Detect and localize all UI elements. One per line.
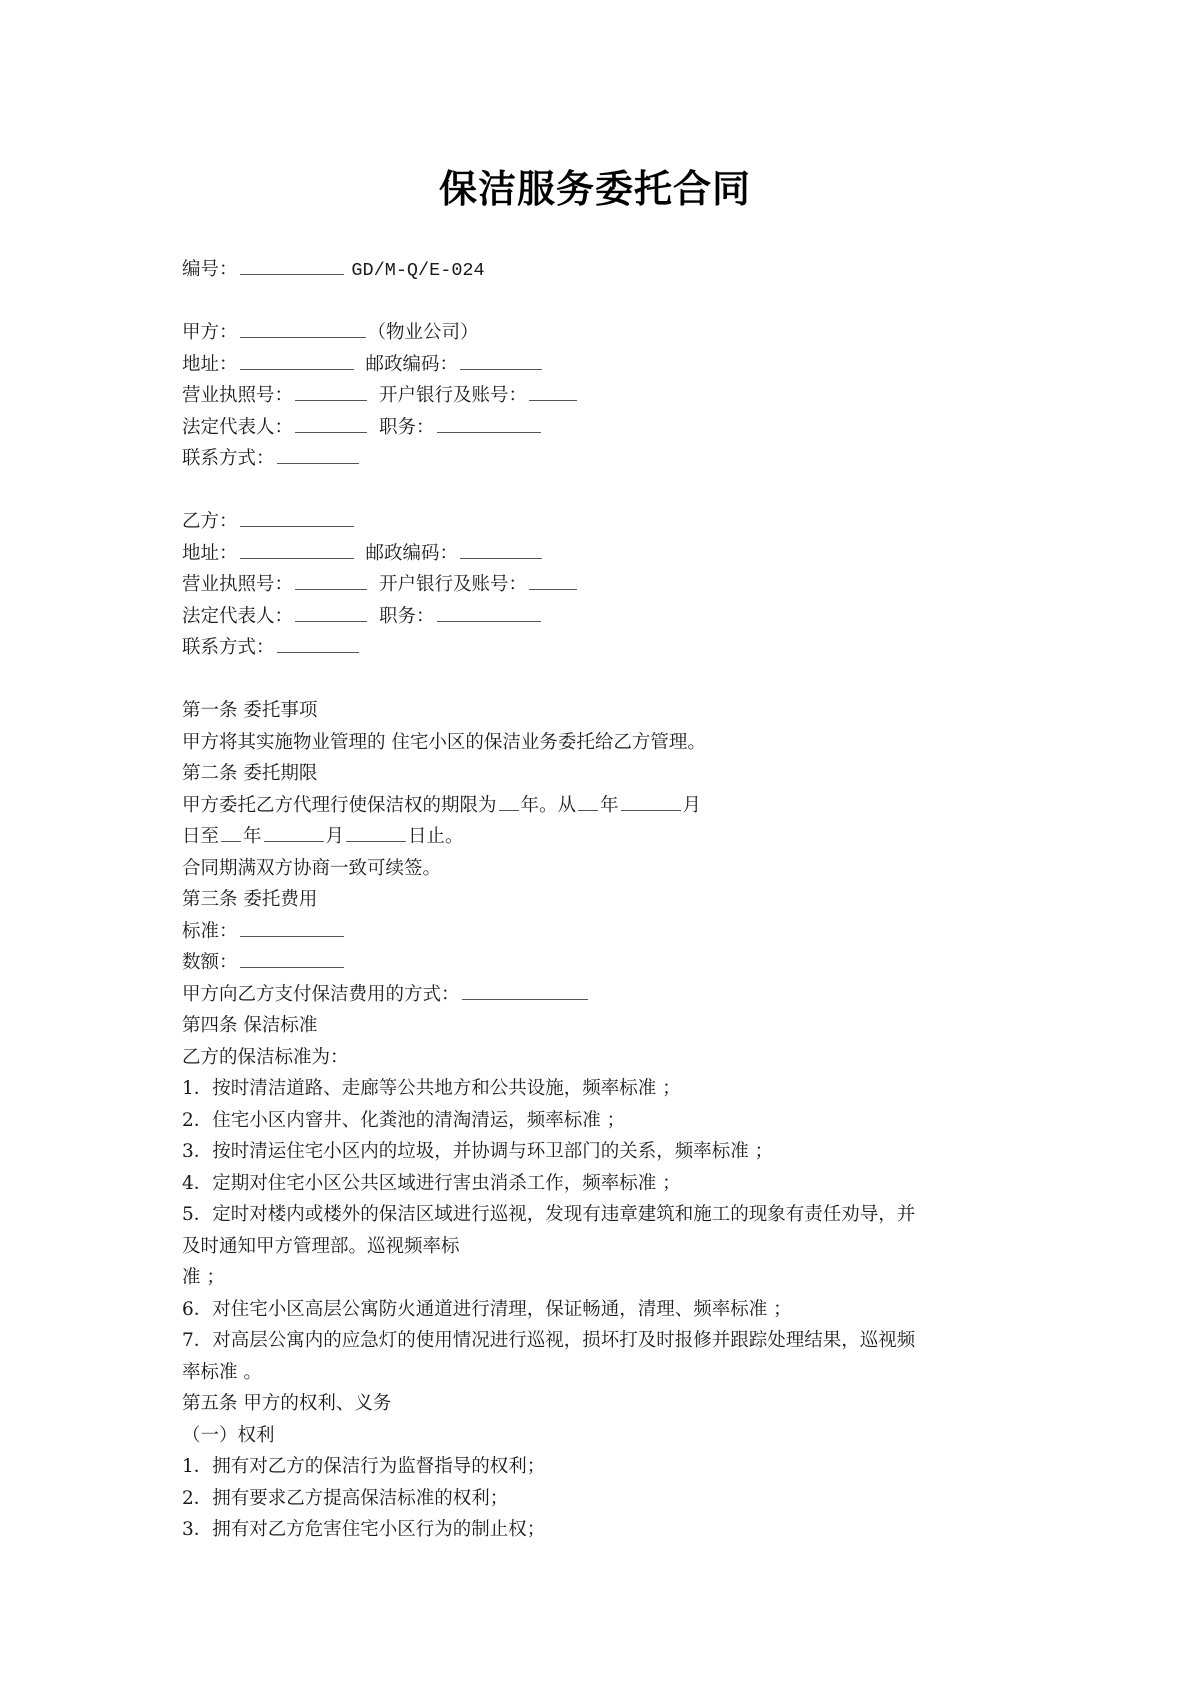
article-2-heading: 第二条 委托期限 [182,758,1022,790]
article-2-term-line-1: 甲方委托乙方代理行使保洁权的期限为年。从年月 [182,790,1022,822]
legal-rep-label: 法定代表人： [182,606,293,627]
address-label: 地址： [182,354,238,375]
contract-number-line: 编号： GD/M-Q/E-024 [182,254,1022,286]
document-title: 保洁服务委托合同 [0,163,1190,215]
article-4-item: 5．定时对楼内或楼外的保洁区域进行巡视，发现有违章建筑和施工的现象有责任劝导，并 [182,1199,1022,1231]
article-3-amount-line: 数额： [182,947,1022,979]
standard-blank [240,916,344,937]
party-b-label: 乙方： [182,511,238,532]
position-blank [437,601,541,622]
term-text: 年 [600,795,619,816]
party-b-line: 乙方： [182,506,1022,538]
address-label: 地址： [182,543,238,564]
article-2-renewal: 合同期满双方协商一致可续签。 [182,853,1022,885]
article-5-item: 3．拥有对乙方危害住宅小区行为的制止权； [182,1514,1022,1546]
party-b-name-blank [240,506,354,527]
article-5-item: 1．拥有对乙方的保洁行为监督指导的权利； [182,1451,1022,1483]
article-3-heading: 第三条 委托费用 [182,884,1022,916]
article-4-item: 7．对高层公寓内的应急灯的使用情况进行巡视，损坏打及时报修并跟踪处理结果，巡视频 [182,1325,1022,1357]
article-5-subheading: （一）权利 [182,1420,1022,1452]
payment-label: 甲方向乙方支付保洁费用的方式： [182,984,460,1005]
contact-label: 联系方式： [182,448,275,469]
party-b-address-line: 地址：邮政编码： [182,538,1022,570]
article-2-term-line-2: 日至年月日止。 [182,821,1022,853]
article-4-item: 6．对住宅小区高层公寓防火通道进行清理，保证畅通，清理、频率标准 ； [182,1294,1022,1326]
legal-rep-blank [295,601,367,622]
party-a-line: 甲方：（物业公司） [182,317,1022,349]
number-value: GD/M-Q/E-024 [351,260,484,281]
payment-blank [462,979,588,1000]
party-a-license-line: 营业执照号：开户银行及账号： [182,380,1022,412]
article-4-item: 3．按时清运住宅小区内的垃圾，并协调与环卫部门的关系，频率标准 ； [182,1136,1022,1168]
spacer [182,664,1022,696]
contact-blank [277,632,359,653]
document-page: 保洁服务委托合同 编号： GD/M-Q/E-024 甲方：（物业公司） 地址：邮… [0,0,1190,1683]
amount-label: 数额： [182,952,238,973]
start-month-blank [621,790,681,811]
contact-blank [277,443,359,464]
start-year-blank [578,790,598,811]
address-blank [240,538,354,559]
party-b-contact-line: 联系方式： [182,632,1022,664]
position-label: 职务： [379,417,435,438]
years-blank [499,790,519,811]
term-text: 年。从 [521,795,577,816]
standard-label: 标准： [182,921,238,942]
term-text: 日止。 [408,826,464,847]
article-4-item-continued: 及时通知甲方管理部。巡视频率标 [182,1231,1022,1263]
party-a-suffix: （物业公司） [368,322,479,343]
article-4-item: 4．定期对住宅小区公共区域进行害虫消杀工作，频率标准 ； [182,1168,1022,1200]
spacer [182,475,1022,507]
article-3-standard-line: 标准： [182,916,1022,948]
postcode-blank [460,538,542,559]
article-4-intro: 乙方的保洁标准为： [182,1042,1022,1074]
term-text: 甲方委托乙方代理行使保洁权的期限为 [182,795,497,816]
article-4-item-continued: 准 ； [182,1262,1022,1294]
position-label: 职务： [379,606,435,627]
end-month-blank [264,821,324,842]
article-5-heading: 第五条 甲方的权利、义务 [182,1388,1022,1420]
term-text: 月 [326,826,345,847]
article-4-item: 1．按时清洁道路、走廊等公共地方和公共设施，频率标准 ； [182,1073,1022,1105]
bank-label: 开户银行及账号： [379,385,527,406]
spacer [182,286,1022,318]
article-4-heading: 第四条 保洁标准 [182,1010,1022,1042]
party-a-label: 甲方： [182,322,238,343]
postcode-label: 邮政编码： [366,543,459,564]
legal-rep-label: 法定代表人： [182,417,293,438]
article-5-item: 2．拥有要求乙方提高保洁标准的权利； [182,1483,1022,1515]
term-text: 月 [683,795,702,816]
bank-blank [529,569,577,590]
legal-rep-blank [295,412,367,433]
license-label: 营业执照号： [182,574,293,595]
amount-blank [240,947,344,968]
bank-blank [529,380,577,401]
contact-label: 联系方式： [182,637,275,658]
bank-label: 开户银行及账号： [379,574,527,595]
party-b-license-line: 营业执照号：开户银行及账号： [182,569,1022,601]
party-b-legal-rep-line: 法定代表人：职务： [182,601,1022,633]
article-1-text: 甲方将其实施物业管理的 住宅小区的保洁业务委托给乙方管理。 [182,727,1022,759]
number-label: 编号： [182,259,238,280]
position-blank [437,412,541,433]
license-label: 营业执照号： [182,385,293,406]
article-3-payment-line: 甲方向乙方支付保洁费用的方式： [182,979,1022,1011]
article-1-heading: 第一条 委托事项 [182,695,1022,727]
license-blank [295,380,367,401]
number-blank [240,254,344,275]
party-a-name-blank [240,317,366,338]
term-text: 日至 [182,826,219,847]
address-blank [240,349,354,370]
end-year-blank [221,821,241,842]
term-text: 年 [243,826,262,847]
postcode-label: 邮政编码： [366,354,459,375]
document-body: 编号： GD/M-Q/E-024 甲方：（物业公司） 地址：邮政编码： 营业执照… [182,254,1022,1546]
postcode-blank [460,349,542,370]
party-a-contact-line: 联系方式： [182,443,1022,475]
license-blank [295,569,367,590]
party-a-legal-rep-line: 法定代表人：职务： [182,412,1022,444]
article-4-item: 2．住宅小区内窨井、化粪池的清淘清运，频率标准 ； [182,1105,1022,1137]
article-4-item-continued: 率标准 。 [182,1357,1022,1389]
end-day-blank [346,821,406,842]
party-a-address-line: 地址：邮政编码： [182,349,1022,381]
